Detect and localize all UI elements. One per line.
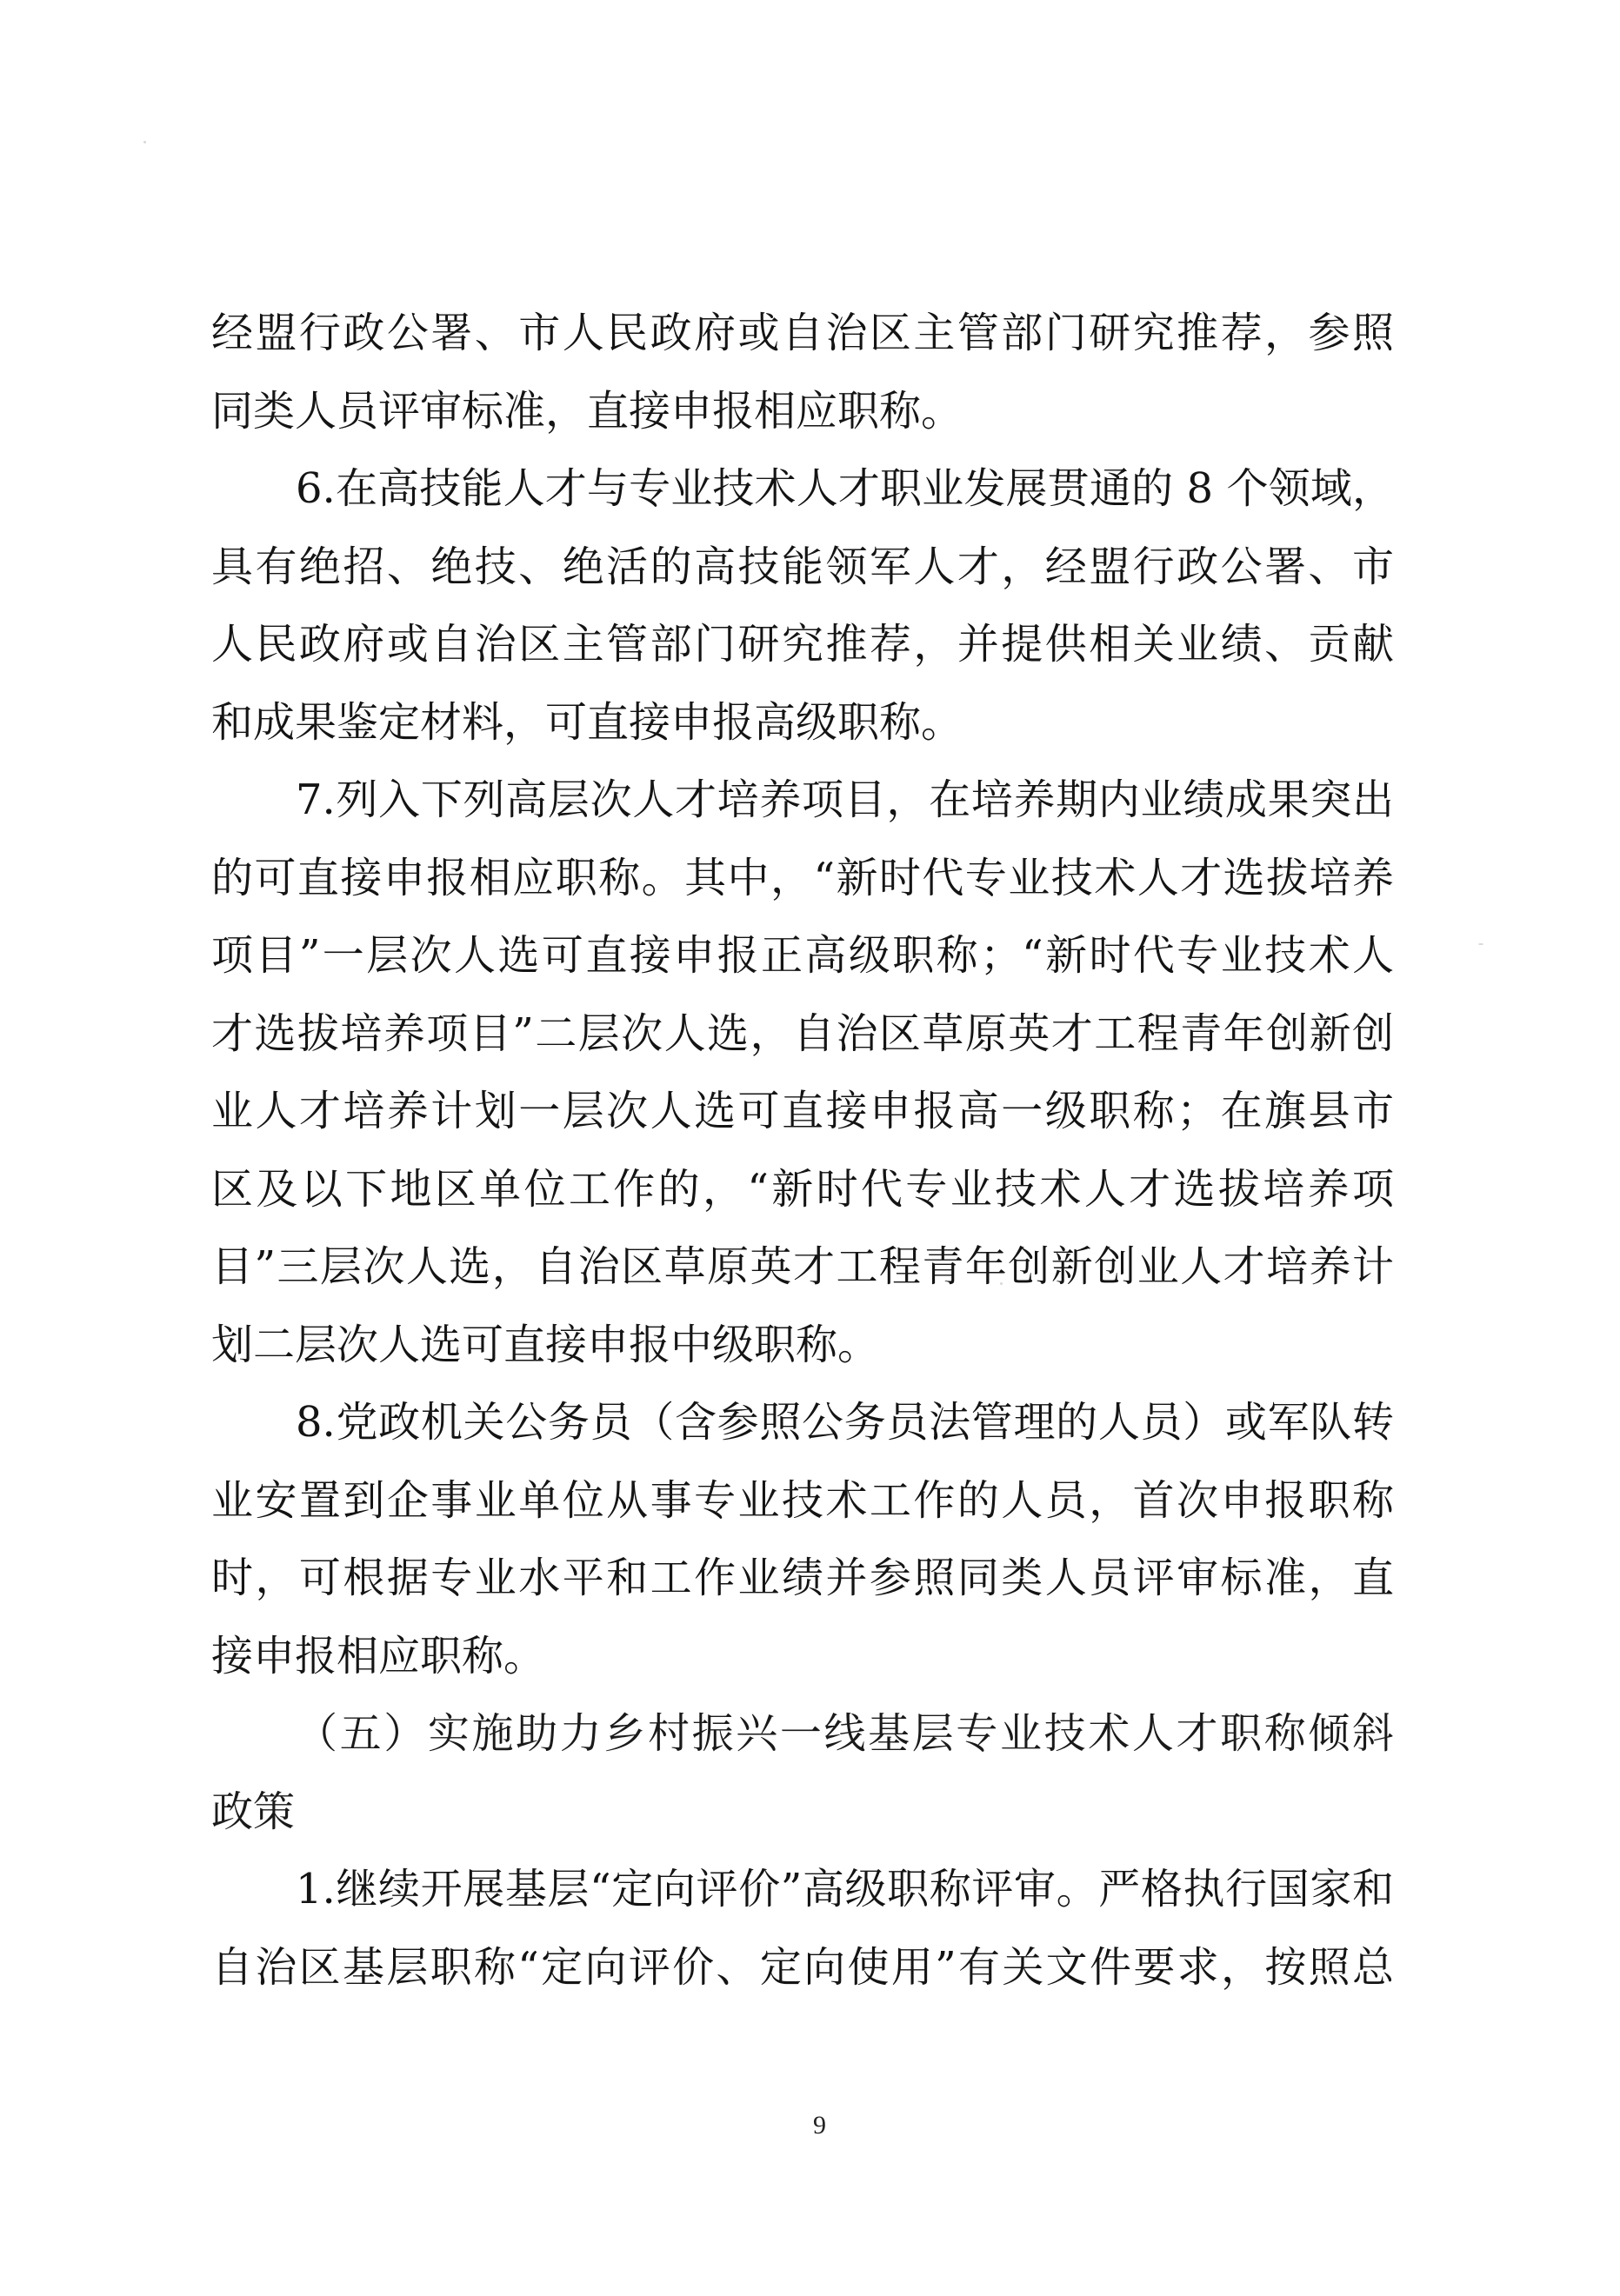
text-line: 区及以下地区单位工作的，“新时代专业技术人才选拔培养项: [211, 1161, 1394, 1239]
text-line: 同类人员评审标准，直接申报相应职称。: [211, 383, 1394, 461]
text-line: 时，可根据专业水平和工作业绩并参照同类人员评审标准，直: [211, 1549, 1394, 1627]
text-line: 经盟行政公署、市人民政府或自治区主管部门研究推荐，参照: [211, 304, 1394, 383]
text-line: 业人才培养计划一层次人选可直接申报高一级职称；在旗县市: [211, 1082, 1394, 1161]
text-line: 项目”一层次人选可直接申报正高级职称；“新时代专业技术人: [211, 927, 1394, 1005]
scan-artifact: [1000, 1282, 1003, 1285]
text-line: 才选拔培养项目”二层次人选，自治区草原英才工程青年创新创: [211, 1005, 1394, 1083]
scan-artifact: [143, 141, 146, 143]
text-line: 的可直接申报相应职称。其中，“新时代专业技术人才选拔培养: [211, 849, 1394, 928]
document-page: 经盟行政公署、市人民政府或自治区主管部门研究推荐，参照 同类人员评审标准，直接申…: [0, 0, 1620, 2296]
text-line: 和成果鉴定材料，可直接申报高级职称。: [211, 694, 1394, 772]
section-heading: （五）实施助力乡村振兴一线基层专业技术人才职称倾斜: [211, 1705, 1394, 1783]
text-line: 自治区基层职称“定向评价、定向使用”有关文件要求，按照总: [211, 1939, 1394, 2017]
paragraph-item-8: 8.党政机关公务员（含参照公务员法管理的人员）或军队转: [211, 1394, 1394, 1472]
text-line: 目”三层次人选，自治区草原英才工程青年创新创业人才培养计: [211, 1238, 1394, 1316]
text-line: 接申报相应职称。: [211, 1627, 1394, 1706]
section-heading-continuation: 政策: [211, 1783, 1394, 1861]
paragraph-item-6: 6.在高技能人才与专业技术人才职业发展贯通的 8 个领域，: [211, 460, 1394, 538]
paragraph-item-7: 7.列入下列高层次人才培养项目，在培养期内业绩成果突出: [211, 771, 1394, 849]
text-line: 业安置到企事业单位从事专业技术工作的人员，首次申报职称: [211, 1472, 1394, 1550]
text-line: 具有绝招、绝技、绝活的高技能领军人才，经盟行政公署、市: [211, 538, 1394, 616]
text-line: 划二层次人选可直接申报中级职称。: [211, 1316, 1394, 1394]
page-number: 9: [0, 2111, 1620, 2140]
body-text: 经盟行政公署、市人民政府或自治区主管部门研究推荐，参照 同类人员评审标准，直接申…: [211, 304, 1394, 2016]
text-line: 人民政府或自治区主管部门研究推荐，并提供相关业绩、贡献: [211, 616, 1394, 694]
scan-artifact: [1478, 943, 1483, 945]
paragraph-item-1: 1.继续开展基层“定向评价”高级职称评审。严格执行国家和: [211, 1860, 1394, 1939]
